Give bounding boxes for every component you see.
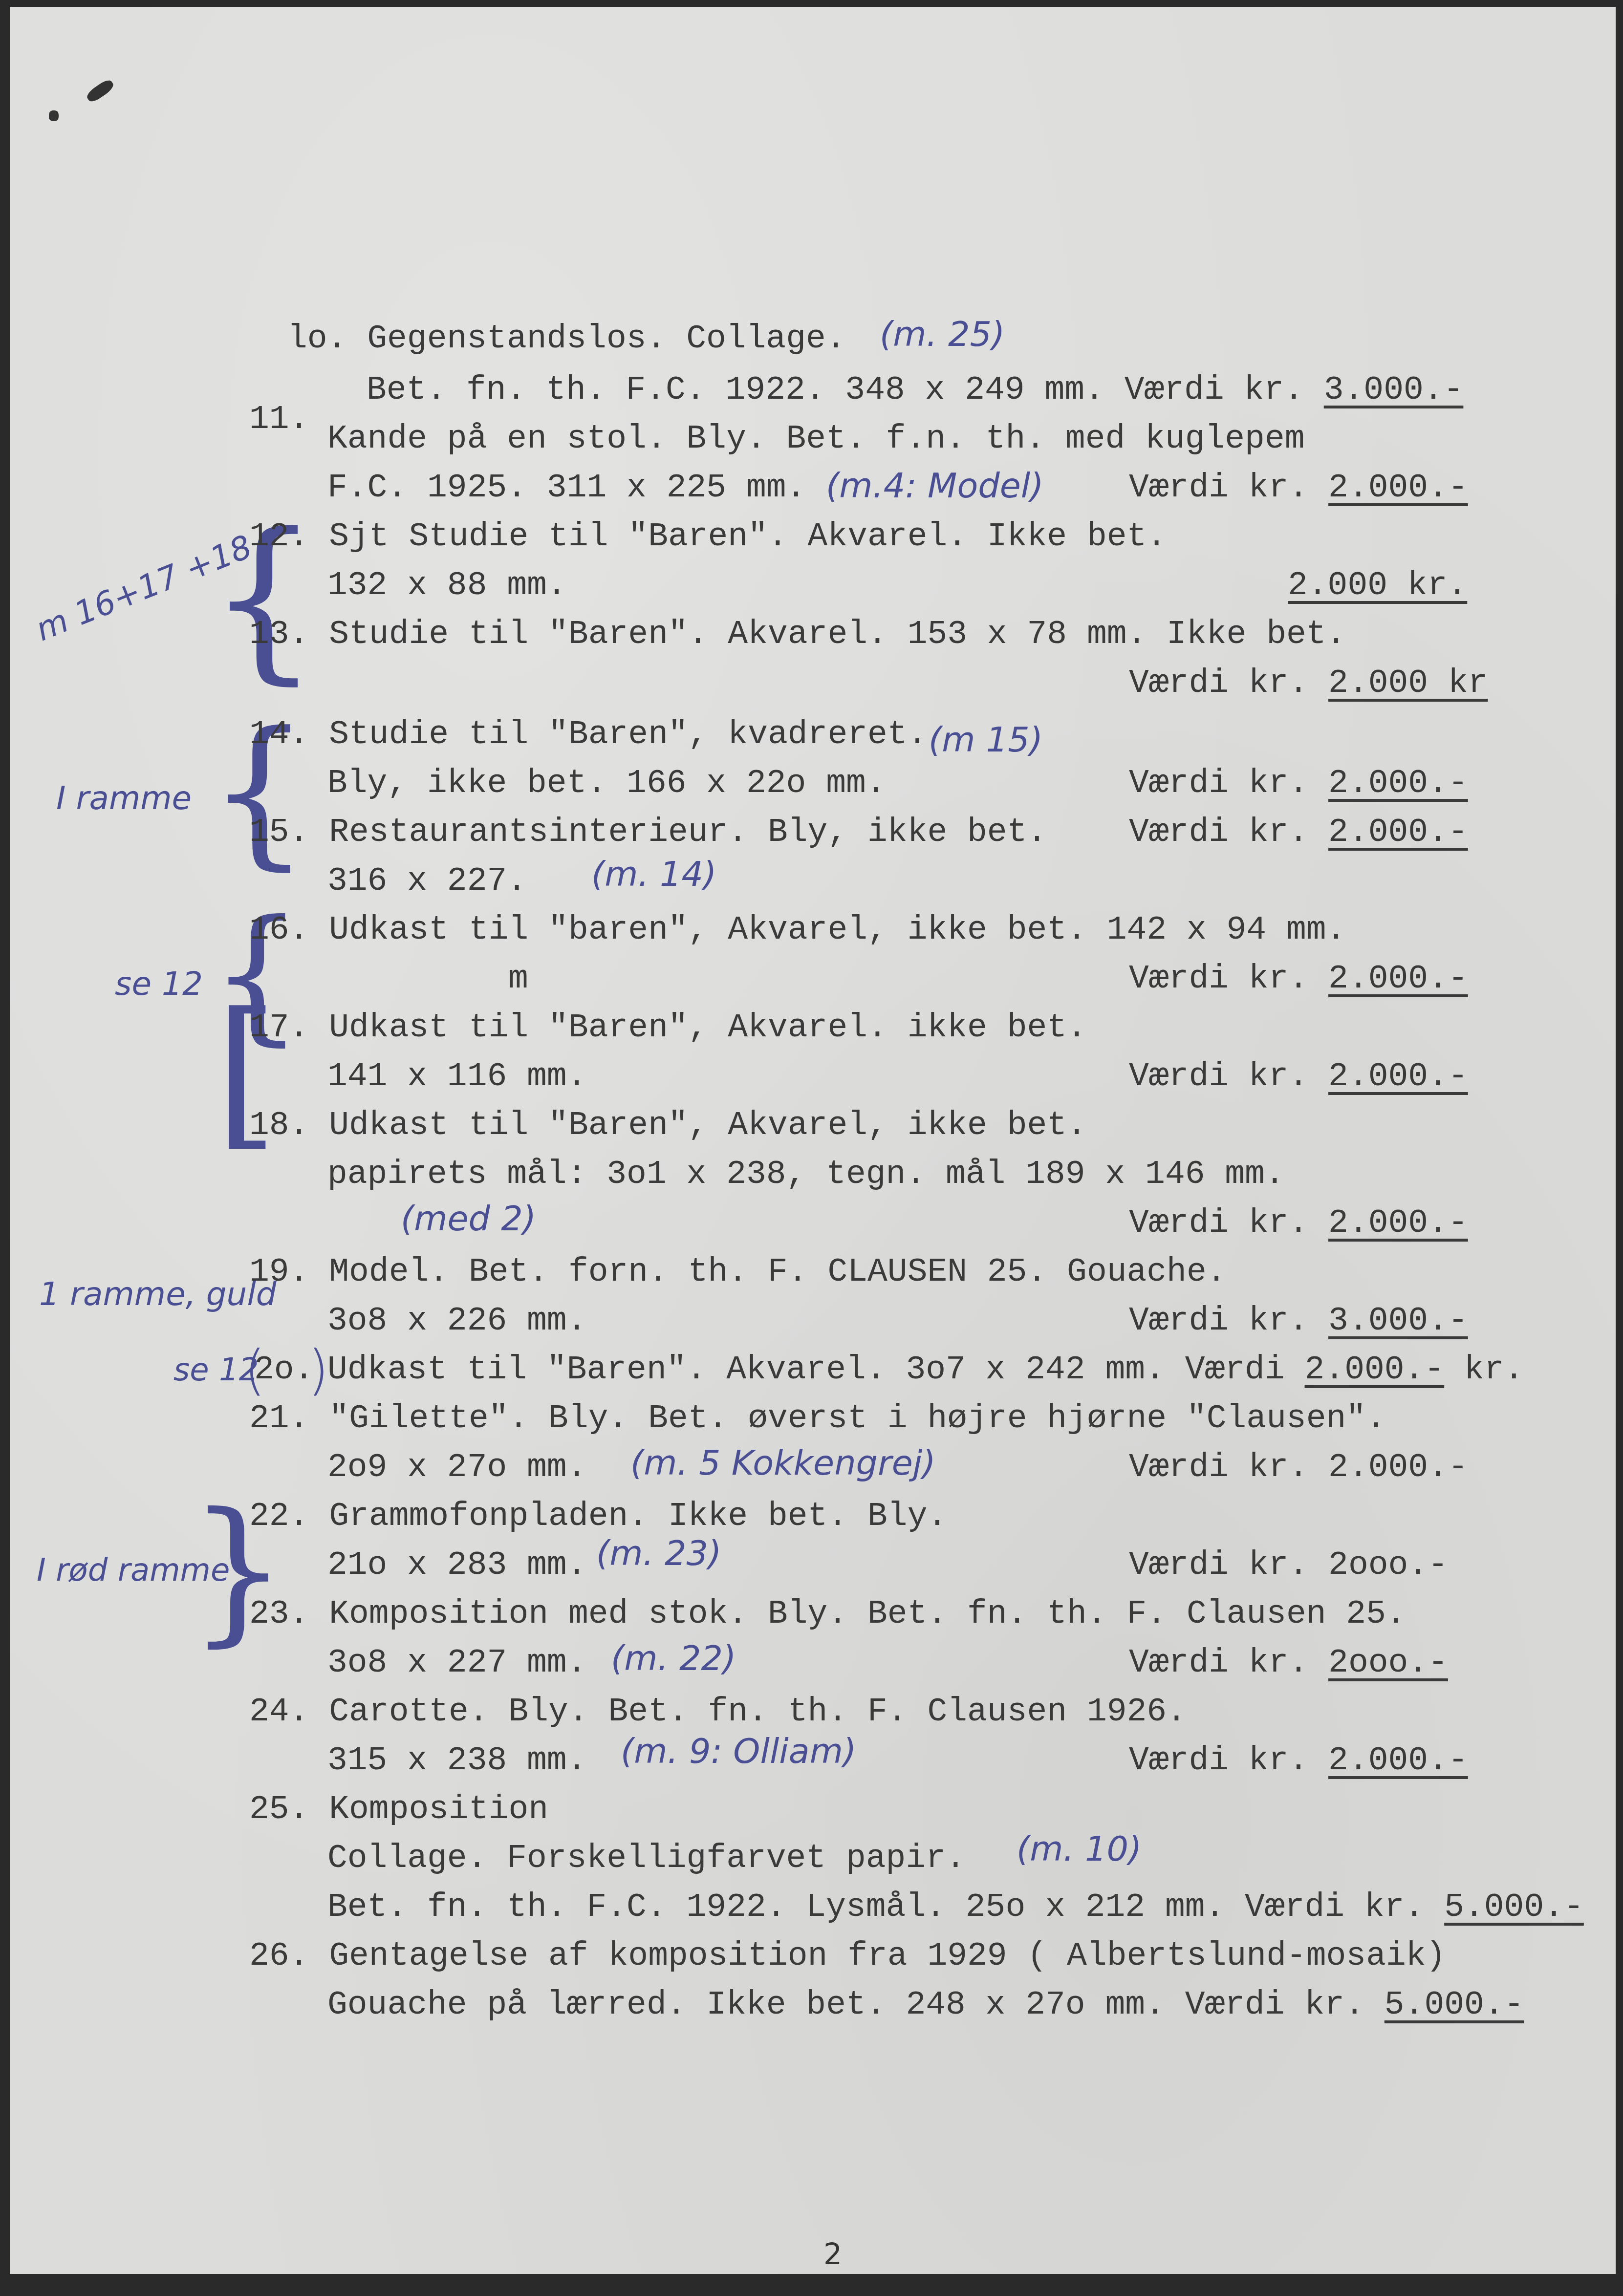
- note-entry-23: (m. 22): [611, 1639, 736, 1678]
- note-entry-14: (m 15): [929, 720, 1043, 759]
- entry-19-value: Værdi kr. 3.000.-: [1129, 1302, 1468, 1341]
- entry-16-line-1: 16. Udkast til "baren", Akvarel, ikke be…: [249, 911, 1346, 950]
- entry-15-line-1: 15. Restaurantsinterieur. Bly, ikke bet.: [249, 813, 1047, 852]
- entry-13-value: Værdi kr. 2.000 kr: [1129, 664, 1488, 703]
- entry-18-value: Værdi kr. 2.000.-: [1129, 1204, 1468, 1243]
- entry-25-line-3: Bet. fn. th. F.C. 1922. Lysmål. 25o x 21…: [327, 1888, 1584, 1927]
- entry-17-value: Værdi kr. 2.000.-: [1129, 1057, 1468, 1096]
- margin-note-16-18: se 12: [115, 965, 203, 1004]
- note-entry-15: (m. 14): [591, 855, 716, 894]
- entry-24-value: Værdi kr. 2.000.-: [1129, 1741, 1468, 1781]
- document-page: lo. Gegenstandslos. Collage. (m. 25) Bet…: [10, 7, 1616, 2274]
- entry-24-line-1: 24. Carotte. Bly. Bet. fn. th. F. Clause…: [249, 1693, 1187, 1732]
- entry-22-line-2: 21o x 283 mm.: [327, 1546, 587, 1585]
- entry-16-line-2: m: [508, 960, 528, 999]
- entry-21-line-2: 2o9 x 27o mm.: [327, 1448, 587, 1487]
- entry-11-line-1: Kande på en stol. Bly. Bet. f.n. th. med…: [327, 420, 1305, 459]
- staple-mark: [49, 110, 59, 121]
- entry-14-value: Værdi kr. 2.000.-: [1129, 764, 1468, 803]
- entry-10-line-1: lo. Gegenstandslos. Collage.: [287, 320, 846, 359]
- entry-17-line-1: 17. Udkast til "Baren", Akvarel. ikke be…: [249, 1009, 1087, 1048]
- entry-19-line-2: 3o8 x 226 mm.: [327, 1302, 587, 1341]
- entry-23-value: Værdi kr. 2ooo.-: [1129, 1644, 1448, 1683]
- entry-26-line-2: Gouache på lærred. Ikke bet. 248 x 27o m…: [327, 1986, 1524, 2025]
- entry-14-line-2: Bly, ikke bet. 166 x 22o mm.: [327, 764, 886, 803]
- entry-21-line-1: 21. "Gilette". Bly. Bet. øverst i højre …: [249, 1399, 1386, 1438]
- entry-13-line-1: 13. Studie til "Baren". Akvarel. 153 x 7…: [249, 615, 1346, 654]
- entry-15-line-2: 316 x 227.: [327, 862, 527, 901]
- entry-10-line-2: Bet. fn. th. F.C. 1922. 348 x 249 mm. Væ…: [367, 371, 1463, 410]
- entry-22-line-1: 22. Grammofonpladen. Ikke bet. Bly.: [249, 1497, 947, 1536]
- entry-16-value: Værdi kr. 2.000.-: [1129, 960, 1468, 999]
- note-entry-11: (m.4: Model): [826, 466, 1044, 505]
- entry-12-value: 2.000 kr.: [1288, 566, 1467, 605]
- entry-19-line-1: 19. Model. Bet. forn. th. F. CLAUSEN 25.…: [249, 1253, 1227, 1292]
- entry-11-number: 11.: [249, 400, 309, 439]
- entry-25-line-1: 25. Komposition: [249, 1790, 548, 1829]
- note-entry-10: (m. 25): [880, 315, 1005, 354]
- entry-12-line-1: 12. Sjt Studie til "Baren". Akvarel. Ikk…: [249, 517, 1167, 557]
- entry-22-value: Værdi kr. 2ooo.-: [1129, 1546, 1448, 1585]
- entry-12-line-2: 132 x 88 mm.: [327, 566, 567, 605]
- staple-mark: [85, 78, 116, 104]
- entry-25-line-2: Collage. Forskelligfarvet papir.: [327, 1839, 966, 1878]
- note-entry-24: (m. 9: Olliam): [621, 1732, 856, 1771]
- note-entry-18: (med 2): [401, 1199, 536, 1238]
- entry-15-value: Værdi kr. 2.000.-: [1129, 813, 1468, 852]
- entry-18-line-2: papirets mål: 3o1 x 238, tegn. mål 189 x…: [327, 1155, 1285, 1194]
- page-number: 2: [823, 2237, 842, 2272]
- margin-note-14-15: I ramme: [56, 779, 192, 818]
- note-entry-25: (m. 10): [1017, 1829, 1142, 1868]
- entry-23-line-1: 23. Komposition med stok. Bly. Bet. fn. …: [249, 1595, 1406, 1634]
- entry-26-line-1: 26. Gentagelse af komposition fra 1929 (…: [249, 1937, 1446, 1976]
- entry-23-line-2: 3o8 x 227 mm.: [327, 1644, 587, 1683]
- note-entry-21: (m. 5 Kokkengrej): [630, 1443, 936, 1482]
- entry-11-value: Værdi kr. 2.000.-: [1129, 469, 1468, 508]
- entry-24-line-2: 315 x 238 mm.: [327, 1741, 587, 1781]
- entry-14-line-1: 14. Studie til "Baren", kvadreret.: [249, 715, 927, 754]
- margin-note-19: 1 ramme, guld: [39, 1272, 277, 1316]
- entry-20-line-1: Udkast til "Baren". Akvarel. 3o7 x 242 m…: [327, 1351, 1524, 1390]
- entry-18-line-1: 18. Udkast til "Baren", Akvarel, ikke be…: [249, 1106, 1087, 1145]
- entry-21-value: Værdi kr. 2.000.-: [1129, 1448, 1468, 1487]
- note-entry-22: (m. 23): [596, 1534, 721, 1573]
- entry-20-number: 2o.: [254, 1351, 314, 1390]
- entry-11-line-2: F.C. 1925. 311 x 225 mm.: [327, 469, 806, 508]
- entry-17-line-2: 141 x 116 mm.: [327, 1057, 587, 1096]
